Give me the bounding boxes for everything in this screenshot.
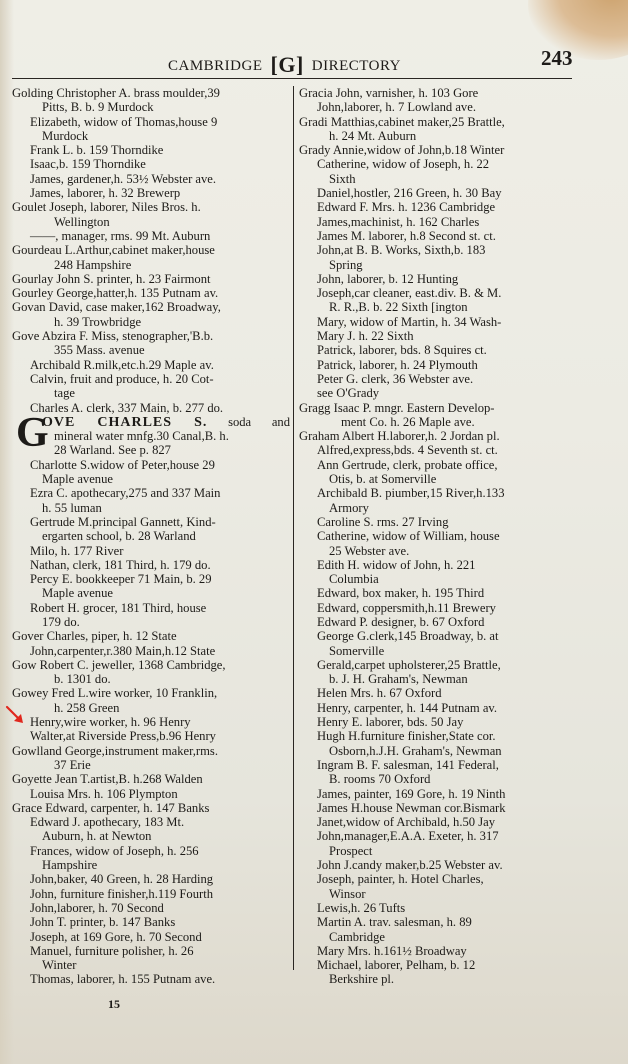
directory-entry-line: John, furniture finisher,h.119 Fourth [12, 887, 290, 901]
directory-entry-line: James M. laborer, h.8 Second st. ct. [299, 229, 575, 243]
directory-entry-line: Spring [299, 258, 575, 272]
header-directory: DIRECTORY [312, 58, 401, 74]
directory-entry-line: Murdock [12, 129, 290, 143]
directory-entry-line: Charles A. clerk, 337 Main, b. 277 do. [12, 401, 290, 415]
directory-entry-line: Gracia John, varnisher, h. 103 Gore [299, 86, 575, 100]
directory-entry-line: John T. printer, b. 147 Banks [12, 915, 290, 929]
column-divider [293, 86, 294, 970]
right-column: Gracia John, varnisher, h. 103 GoreJohn,… [299, 86, 575, 987]
directory-entry-line: Edward, box maker, h. 195 Third [299, 586, 575, 600]
directory-entry-line: Grace Edward, carpenter, h. 147 Banks [12, 801, 290, 815]
directory-entry-line: Grady Annie,widow of John,b.18 Winter [299, 143, 575, 157]
directory-entry-line: b. J. H. Graham's, Newman [299, 672, 575, 686]
directory-entry-line: Graham Albert H.laborer,h. 2 Jordan pl. [299, 429, 575, 443]
directory-entry-line: Joseph, painter, h. Hotel Charles, [299, 872, 575, 886]
directory-entry-line: ment Co. h. 26 Maple ave. [299, 415, 575, 429]
left-entries-part-2: Charles A. clerk, 337 Main, b. 277 do. [12, 401, 290, 415]
directory-entry-line: Cambridge [299, 930, 575, 944]
featured-entry-line-1: OVE CHARLES S. soda and [42, 415, 290, 429]
page-header: CAMBRIDGE [G] DIRECTORY 243 [0, 44, 628, 74]
directory-entry-line: Henry,wire worker, h. 96 Henry [12, 715, 290, 729]
featured-entry-line-3: 28 Warland. See p. 827 [42, 443, 290, 457]
directory-entry-line: Gourdeau L.Arthur,cabinet maker,house [12, 243, 290, 257]
directory-entry-line: John,baker, 40 Green, h. 28 Harding [12, 872, 290, 886]
directory-entry-line: Charlotte S.widow of Peter,house 29 [12, 458, 290, 472]
directory-entry-line: tage [12, 386, 290, 400]
directory-entry-line: Isaac,b. 159 Thorndike [12, 157, 290, 171]
directory-entry-line: Ezra C. apothecary,275 and 337 Main [12, 486, 290, 500]
directory-entry-line: Walter,at Riverside Press,b.96 Henry [12, 729, 290, 743]
directory-entry-line: Edward J. apothecary, 183 Mt. [12, 815, 290, 829]
directory-entry-line: John,manager,E.A.A. Exeter, h. 317 [299, 829, 575, 843]
directory-entry-line: John,carpenter,r.380 Main,h.12 State [12, 644, 290, 658]
directory-entry-line: Maple avenue [12, 586, 290, 600]
directory-entry-line: James,machinist, h. 162 Charles [299, 215, 575, 229]
directory-entry-line: Gow Robert C. jeweller, 1368 Cambridge, [12, 658, 290, 672]
directory-entry-line: John J.candy maker,b.25 Webster av. [299, 858, 575, 872]
featured-entry-line-1-rest: soda and [228, 415, 290, 429]
directory-entry-line: Milo, h. 177 River [12, 544, 290, 558]
directory-entry-line: ——, manager, rms. 99 Mt. Auburn [12, 229, 290, 243]
signature-mark: 15 [108, 997, 120, 1012]
page-number: 243 [541, 46, 573, 71]
directory-entry-line: Calvin, fruit and produce, h. 20 Cot- [12, 372, 290, 386]
featured-entry: G OVE CHARLES S. soda and mineral water … [12, 415, 290, 458]
directory-entry-line: Edward P. designer, b. 67 Oxford [299, 615, 575, 629]
directory-entry-line: Mary, widow of Martin, h. 34 Wash- [299, 315, 575, 329]
directory-entry-line: Sixth [299, 172, 575, 186]
directory-entry-line: Thomas, laborer, h. 155 Putnam ave. [12, 972, 290, 986]
header-city: CAMBRIDGE [168, 58, 263, 74]
directory-entry-line: Patrick, laborer, h. 24 Plymouth [299, 358, 575, 372]
directory-entry-line: 248 Hampshire [12, 258, 290, 272]
directory-entry-line: Percy E. bookkeeper 71 Main, b. 29 [12, 572, 290, 586]
directory-entry-line: Auburn, h. at Newton [12, 829, 290, 843]
directory-entry-line: h. 24 Mt. Auburn [299, 129, 575, 143]
directory-entry-line: Ingram B. F. salesman, 141 Federal, [299, 758, 575, 772]
directory-entry-line: Hugh H.furniture finisher,State cor. [299, 729, 575, 743]
directory-entry-line: Mary J. h. 22 Sixth [299, 329, 575, 343]
directory-entry-line: b. 1301 do. [12, 672, 290, 686]
directory-entry-line: Golding Christopher A. brass moulder,39 [12, 86, 290, 100]
directory-entry-line: Catherine, widow of Joseph, h. 22 [299, 157, 575, 171]
directory-entry-line: Ann Gertrude, clerk, probate office, [299, 458, 575, 472]
right-entries: Gracia John, varnisher, h. 103 GoreJohn,… [299, 86, 575, 987]
directory-entry-line: Henry, carpenter, h. 144 Putnam av. [299, 701, 575, 715]
directory-entry-line: Edith H. widow of John, h. 221 [299, 558, 575, 572]
directory-entry-line: Martin A. trav. salesman, h. 89 [299, 915, 575, 929]
directory-entry-line: Nathan, clerk, 181 Third, h. 179 do. [12, 558, 290, 572]
directory-entry-line: John, laborer, b. 12 Hunting [299, 272, 575, 286]
directory-entry-line: Edward F. Mrs. h. 1236 Cambridge [299, 200, 575, 214]
directory-entry-line: George G.clerk,145 Broadway, b. at [299, 629, 575, 643]
directory-entry-line: Archibald B. piumber,15 River,h.133 [299, 486, 575, 500]
directory-entry-line: Robert H. grocer, 181 Third, house [12, 601, 290, 615]
directory-entry-line: Michael, laborer, Pelham, b. 12 [299, 958, 575, 972]
directory-entry-line: James, painter, 169 Gore, h. 19 Ninth [299, 787, 575, 801]
directory-entry-line: Patrick, laborer, bds. 8 Squires ct. [299, 343, 575, 357]
directory-entry-line: Gertrude M.principal Gannett, Kind- [12, 515, 290, 529]
directory-entry-line: R. R.,B. b. 22 Sixth [ington [299, 300, 575, 314]
directory-entry-line: Janet,widow of Archibald, h.50 Jay [299, 815, 575, 829]
directory-entry-line: Hampshire [12, 858, 290, 872]
directory-entry-line: Govan David, case maker,162 Broadway, [12, 300, 290, 314]
directory-entry-line: Goulet Joseph, laborer, Niles Bros. h. [12, 200, 290, 214]
directory-entry-line: Gradi Matthias,cabinet maker,25 Brattle, [299, 115, 575, 129]
directory-entry-line: see O'Grady [299, 386, 575, 400]
left-entries-part-1: Golding Christopher A. brass moulder,39P… [12, 86, 290, 401]
directory-entry-line: Caroline S. rms. 27 Irving [299, 515, 575, 529]
directory-entry-line: Gowlland George,instrument maker,rms. [12, 744, 290, 758]
directory-entry-line: Frank L. b. 159 Thorndike [12, 143, 290, 157]
left-column: Golding Christopher A. brass moulder,39P… [12, 86, 290, 987]
directory-entry-line: Gerald,carpet upholsterer,25 Brattle, [299, 658, 575, 672]
directory-entry-line: Catherine, widow of William, house [299, 529, 575, 543]
directory-entry-line: Lewis,h. 26 Tufts [299, 901, 575, 915]
directory-entry-line: Manuel, furniture polisher, h. 26 [12, 944, 290, 958]
directory-entry-line: Gowey Fred L.wire worker, 10 Franklin, [12, 686, 290, 700]
directory-entry-line: Maple avenue [12, 472, 290, 486]
directory-entry-line: Frances, widow of Joseph, h. 256 [12, 844, 290, 858]
directory-entry-line: Joseph,car cleaner, east.div. B. & M. [299, 286, 575, 300]
directory-entry-line: Otis, b. at Somerville [299, 472, 575, 486]
directory-entry-line: 37 Erie [12, 758, 290, 772]
header-rule [12, 78, 572, 79]
directory-entry-line: Alfred,express,bds. 4 Seventh st. ct. [299, 443, 575, 457]
directory-entry-line: Archibald R.milk,etc.h.29 Maple av. [12, 358, 290, 372]
directory-entry-line: Gourlay John S. printer, h. 23 Fairmont [12, 272, 290, 286]
directory-entry-line: 355 Mass. avenue [12, 343, 290, 357]
directory-entry-line: h. 258 Green [12, 701, 290, 715]
directory-entry-line: Gover Charles, piper, h. 12 State [12, 629, 290, 643]
directory-entry-line: Prospect [299, 844, 575, 858]
red-arrow-icon [4, 704, 26, 726]
directory-entry-line: John,laborer, h. 70 Second [12, 901, 290, 915]
directory-entry-line: Somerville [299, 644, 575, 658]
directory-entry-line: John,laborer, h. 7 Lowland ave. [299, 100, 575, 114]
directory-entry-line: James H.house Newman cor.Bismark [299, 801, 575, 815]
directory-entry-line: Winter [12, 958, 290, 972]
directory-entry-line: Goyette Jean T.artist,B. h.268 Walden [12, 772, 290, 786]
directory-entry-line: Joseph, at 169 Gore, h. 70 Second [12, 930, 290, 944]
directory-entry-line: Mary Mrs. h.161½ Broadway [299, 944, 575, 958]
directory-entry-line: Columbia [299, 572, 575, 586]
directory-entry-line: Elizabeth, widow of Thomas,house 9 [12, 115, 290, 129]
directory-entry-line: B. rooms 70 Oxford [299, 772, 575, 786]
directory-entry-line: James, gardener,h. 53½ Webster ave. [12, 172, 290, 186]
directory-entry-line: John,at B. B. Works, Sixth,b. 183 [299, 243, 575, 257]
directory-entry-line: Peter G. clerk, 36 Webster ave. [299, 372, 575, 386]
directory-entry-line: Pitts, B. b. 9 Murdock [12, 100, 290, 114]
directory-entry-line: Armory [299, 501, 575, 515]
directory-entry-line: Helen Mrs. h. 67 Oxford [299, 686, 575, 700]
directory-entry-line: Edward, coppersmith,h.11 Brewery [299, 601, 575, 615]
directory-entry-line: Daniel,hostler, 216 Green, h. 30 Bay [299, 186, 575, 200]
directory-entry-line: Gragg Isaac P. mngr. Eastern Develop- [299, 401, 575, 415]
directory-entry-line: h. 39 Trowbridge [12, 315, 290, 329]
header-letter: [G] [271, 52, 304, 77]
directory-entry-line: 179 do. [12, 615, 290, 629]
directory-entry-line: Berkshire pl. [299, 972, 575, 986]
running-title: CAMBRIDGE [G] DIRECTORY [168, 50, 401, 76]
left-entries-part-3: Charlotte S.widow of Peter,house 29Maple… [12, 458, 290, 987]
directory-entry-line: h. 55 luman [12, 501, 290, 515]
featured-entry-line-2: mineral water mnfg.30 Canal,B. h. [42, 429, 290, 443]
directory-entry-line: Gourley George,hatter,h. 135 Putnam av. [12, 286, 290, 300]
directory-entry-line: Wellington [12, 215, 290, 229]
featured-entry-name: OVE CHARLES S. [42, 415, 207, 429]
directory-entry-line: Winsor [299, 887, 575, 901]
directory-entry-line: Louisa Mrs. h. 106 Plympton [12, 787, 290, 801]
directory-entry-line: Gove Abzira F. Miss, stenographer,'B.b. [12, 329, 290, 343]
directory-entry-line: James, laborer, h. 32 Brewerp [12, 186, 290, 200]
directory-entry-line: Osborn,h.J.H. Graham's, Newman [299, 744, 575, 758]
directory-entry-line: Henry E. laborer, bds. 50 Jay [299, 715, 575, 729]
directory-entry-line: ergarten school, b. 28 Warland [12, 529, 290, 543]
directory-entry-line: 25 Webster ave. [299, 544, 575, 558]
directory-page: CAMBRIDGE [G] DIRECTORY 243 Golding Chri… [0, 0, 628, 1064]
